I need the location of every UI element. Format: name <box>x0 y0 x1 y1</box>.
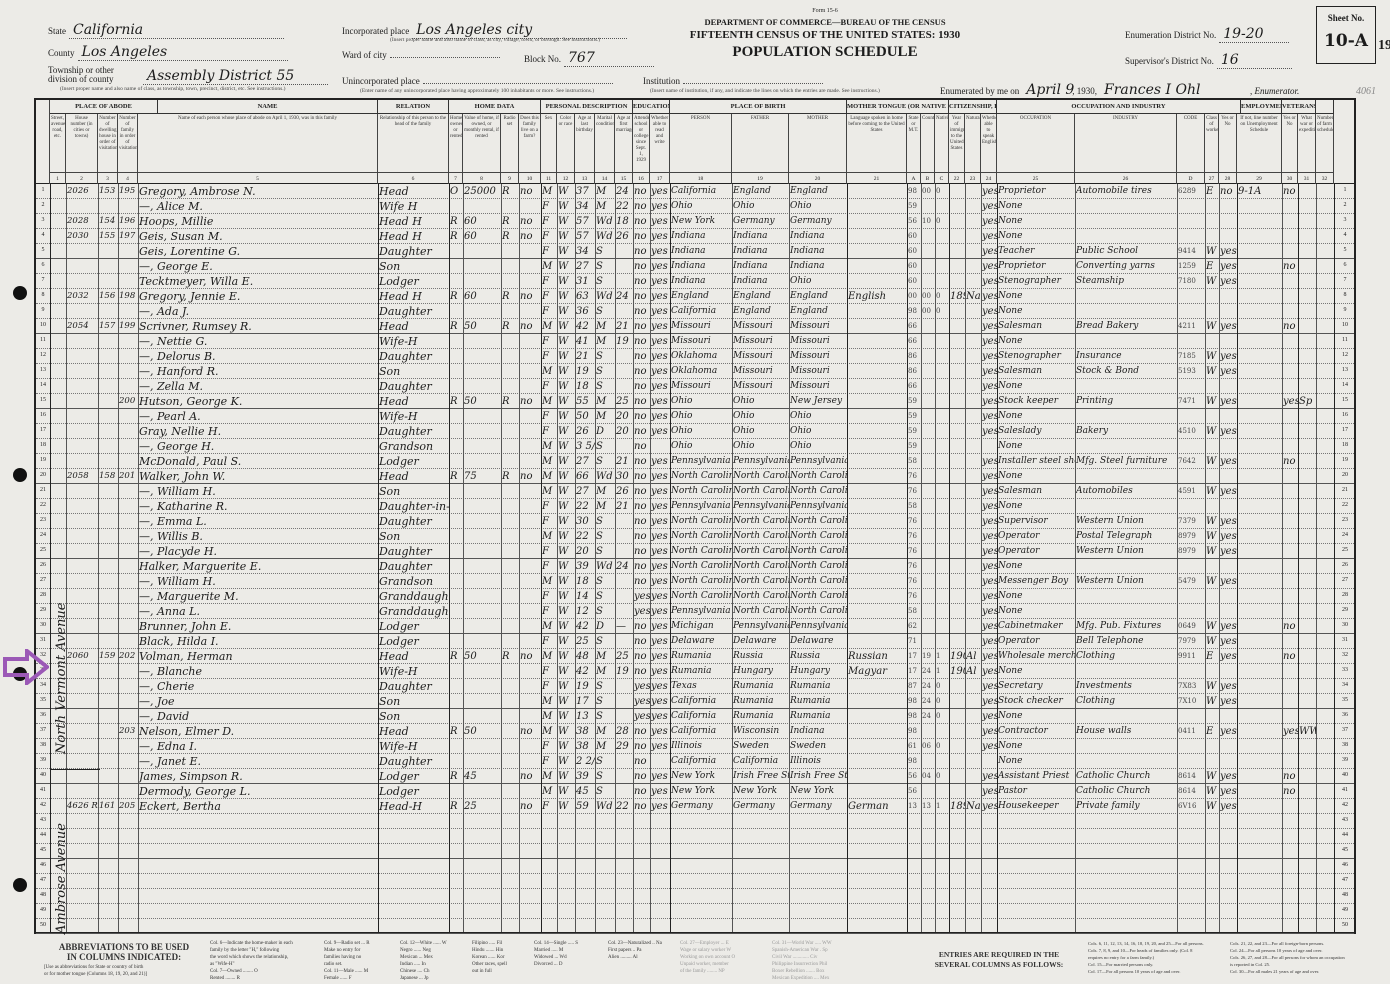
cell-immig <box>949 349 965 364</box>
cell-unemp-line <box>1237 694 1282 709</box>
cell-employed: yes <box>1219 574 1237 589</box>
cell-pob: Indiana <box>670 244 732 259</box>
line-number: 40 <box>36 772 50 778</box>
cell-farm: no <box>519 469 541 484</box>
cell-code-b <box>921 484 935 499</box>
cell-code-a: 60 <box>907 229 921 244</box>
cell-school: no <box>633 244 650 259</box>
cell-name: Geis, Lorentine G. <box>138 244 378 259</box>
column-group-header: CITIZENSHIP, ETC. <box>949 100 997 114</box>
cell-unemp-line <box>1237 319 1282 334</box>
cell-code-c <box>935 754 949 769</box>
cell-pob-mother: England <box>789 184 847 199</box>
cell-age: 59 <box>575 799 595 814</box>
cell-english: yes <box>981 679 997 694</box>
cell-pob: Pennsylvania <box>670 454 732 469</box>
column-number: 9 <box>501 172 519 184</box>
cell-marital: Wd <box>595 214 615 229</box>
cell-relation: Head-H <box>378 799 449 814</box>
cell-vet <box>1282 214 1298 229</box>
cell-nat <box>965 454 981 469</box>
cell-employed <box>1219 559 1237 574</box>
cell-sex: F <box>541 679 557 694</box>
cell-war <box>1298 484 1316 499</box>
cell-vet <box>1282 334 1298 349</box>
cell-pob: Ohio <box>670 394 732 409</box>
cell-code-d: 5479 <box>1177 574 1205 589</box>
incorporated-label: Incorporated place <box>342 26 409 36</box>
cell-name: —, George H. <box>138 439 378 454</box>
cell-age-marr <box>615 634 633 649</box>
cell-employed <box>1219 214 1237 229</box>
cell-value <box>463 454 501 469</box>
ed-value: 19-20 <box>1219 26 1289 43</box>
cell-immig <box>949 394 965 409</box>
cell-english: yes <box>981 364 997 379</box>
cell-code-b <box>921 574 935 589</box>
cell-code-c <box>935 334 949 349</box>
cell-sex: M <box>541 184 557 199</box>
line-number: 5 <box>36 247 50 253</box>
cell-dwelling <box>98 199 118 214</box>
cell-radio <box>501 409 519 424</box>
cell-code-c: 0 <box>935 679 949 694</box>
cell-pob: Ohio <box>670 424 732 439</box>
cell-dwelling <box>98 529 118 544</box>
cell-code-d <box>1177 664 1205 679</box>
line-number: 46 <box>36 862 50 868</box>
cell-family <box>118 664 138 679</box>
cell-nat <box>965 679 981 694</box>
cell-age-marr <box>615 379 633 394</box>
cell-industry: Postal Telegraph <box>1075 529 1177 544</box>
line-number: 17 <box>36 427 50 433</box>
cell-pob: Texas <box>670 679 732 694</box>
column-divider <box>670 184 671 932</box>
cell-value <box>463 604 501 619</box>
cell-dwelling <box>98 484 118 499</box>
column-divider <box>557 184 558 932</box>
cell-pob-father: England <box>732 304 789 319</box>
cell-dwelling: 159 <box>98 649 118 664</box>
cell-pob-father: Ohio <box>732 409 789 424</box>
cell-name: —, Blanche <box>138 664 378 679</box>
cell-class <box>1205 499 1219 514</box>
cell-code-d: 7X10 <box>1177 694 1205 709</box>
street-name: Ambrose Avenue <box>54 823 69 934</box>
cell-immig <box>949 214 965 229</box>
line-number: 14 <box>36 382 50 388</box>
cell-class: W <box>1205 574 1219 589</box>
cell-industry: Automobiles <box>1075 484 1177 499</box>
cell-industry: Mfg. Steel furniture <box>1075 454 1177 469</box>
cell-industry <box>1075 304 1177 319</box>
cell-radio <box>501 544 519 559</box>
cell-read: yes <box>650 229 670 244</box>
cell-war <box>1298 784 1316 799</box>
cell-pob-mother: North Carolina <box>789 544 847 559</box>
cell-race: W <box>557 289 575 304</box>
cell-industry <box>1075 469 1177 484</box>
cell-value <box>463 379 501 394</box>
line-number: 7 <box>36 277 50 283</box>
cell-class <box>1205 754 1219 769</box>
cell-war <box>1298 574 1316 589</box>
cell-tongue <box>847 394 907 409</box>
cell-employed: yes <box>1219 274 1237 289</box>
line-number: 30 <box>1338 622 1352 628</box>
enumeration-date: April 9 <box>1022 82 1072 99</box>
line-number: 2 <box>36 202 50 208</box>
cell-school: no <box>633 274 650 289</box>
column-header: Yes or No <box>1282 114 1298 172</box>
column-divider <box>50 184 51 932</box>
cell-age: 19 <box>575 679 595 694</box>
cell-owned: R <box>449 319 463 334</box>
cell-code-d: 7185 <box>1177 349 1205 364</box>
line-number: 14 <box>1338 382 1352 388</box>
cell-race: W <box>557 514 575 529</box>
line-number: 10 <box>1338 322 1352 328</box>
cell-sex: F <box>541 544 557 559</box>
cell-race: W <box>557 454 575 469</box>
cell-vet: yes <box>1282 724 1298 739</box>
cell-race: W <box>557 604 575 619</box>
cell-value: 50 <box>463 394 501 409</box>
cell-house <box>66 544 98 559</box>
cell-house <box>66 664 98 679</box>
cell-occupation: None <box>997 589 1075 604</box>
cell-code-a: 66 <box>907 334 921 349</box>
cell-pob-father: Missouri <box>732 334 789 349</box>
cell-school: no <box>633 754 650 769</box>
cell-industry <box>1075 199 1177 214</box>
cell-relation: Daughter <box>378 349 449 364</box>
cell-school: no <box>633 334 650 349</box>
cell-school: no <box>633 649 650 664</box>
cell-house <box>66 364 98 379</box>
cell-race: W <box>557 409 575 424</box>
line-number: 12 <box>1338 352 1352 358</box>
cell-pob-father: New York <box>732 784 789 799</box>
cell-tongue <box>847 574 907 589</box>
cell-immig <box>949 499 965 514</box>
cell-name: Black, Hilda I. <box>138 634 378 649</box>
cell-unemp-line <box>1237 769 1282 784</box>
cell-value <box>463 709 501 724</box>
cell-age: 57 <box>575 214 595 229</box>
line-number: 6 <box>1338 262 1352 268</box>
ward-value <box>390 57 500 58</box>
line-number: 9 <box>1338 307 1352 313</box>
cell-name: Halker, Marguerite E. <box>138 559 378 574</box>
cell-code-a: 59 <box>907 394 921 409</box>
cell-age-marr <box>615 574 633 589</box>
cell-war <box>1298 469 1316 484</box>
cell-unemp-line <box>1237 214 1282 229</box>
column-header: MOTHER <box>789 114 847 172</box>
cell-industry: Western Union <box>1075 544 1177 559</box>
cell-owned: R <box>449 214 463 229</box>
cell-tongue <box>847 379 907 394</box>
cell-dwelling <box>98 259 118 274</box>
cell-pob-father: Russia <box>732 649 789 664</box>
county-field: CountyLos Angeles <box>48 44 288 61</box>
cell-pob-father: Sweden <box>732 739 789 754</box>
line-number: 25 <box>1338 547 1352 553</box>
cell-read: yes <box>650 319 670 334</box>
column-header: Name of each person whose place of abode… <box>138 114 378 172</box>
cell-unemp-line <box>1237 784 1282 799</box>
cell-owned <box>449 544 463 559</box>
cell-tongue <box>847 484 907 499</box>
cell-read: yes <box>650 514 670 529</box>
cell-race: W <box>557 784 575 799</box>
cell-read: yes <box>650 289 670 304</box>
cell-name: —, Anna L. <box>138 604 378 619</box>
cell-code-b <box>921 409 935 424</box>
column-header: Class of worker <box>1205 114 1219 172</box>
cell-immig <box>949 184 965 199</box>
table-row: 55Geis, Lorentine G.DaughterFW34SnoyesIn… <box>36 244 1354 259</box>
cell-employed <box>1219 754 1237 769</box>
cell-employed: yes <box>1219 799 1237 814</box>
cell-age-marr: — <box>615 619 633 634</box>
line-number: 24 <box>36 532 50 538</box>
state-field: StateCalifornia <box>48 22 284 39</box>
cell-industry: Converting yarns <box>1075 259 1177 274</box>
cell-race: W <box>557 589 575 604</box>
cell-employed <box>1219 709 1237 724</box>
cell-name: Walker, John W. <box>138 469 378 484</box>
cell-owned <box>449 529 463 544</box>
cell-read: yes <box>650 724 670 739</box>
cell-war <box>1298 694 1316 709</box>
cell-relation: Lodger <box>378 454 449 469</box>
cell-employed <box>1219 499 1237 514</box>
cell-sex: F <box>541 604 557 619</box>
cell-relation: Daughter <box>378 559 449 574</box>
cell-code-a: 60 <box>907 244 921 259</box>
cell-pob-mother: Missouri <box>789 379 847 394</box>
cell-class <box>1205 589 1219 604</box>
column-number: 32 <box>1316 172 1334 184</box>
column-number: 20 <box>789 172 847 184</box>
cell-sex: F <box>541 559 557 574</box>
cell-pob-mother: England <box>789 289 847 304</box>
page-stamp: 4061 <box>1356 86 1376 97</box>
cell-english: yes <box>981 724 997 739</box>
cell-code-c: 1 <box>935 799 949 814</box>
unincorporated-label: Unincorporated place <box>342 76 420 86</box>
cell-nat <box>965 334 981 349</box>
cell-radio <box>501 559 519 574</box>
cell-radio <box>501 679 519 694</box>
cell-age-marr <box>615 349 633 364</box>
cell-radio <box>501 199 519 214</box>
cell-owned: R <box>449 724 463 739</box>
cell-sex: F <box>541 274 557 289</box>
line-number: 45 <box>1338 847 1352 853</box>
cell-code-c: 0 <box>935 289 949 304</box>
line-number: 48 <box>1338 892 1352 898</box>
cell-pob-mother: Ohio <box>789 424 847 439</box>
cell-owned <box>449 304 463 319</box>
cell-dwelling <box>98 454 118 469</box>
cell-dwelling <box>98 424 118 439</box>
cell-english: yes <box>981 559 997 574</box>
cell-age-marr <box>615 784 633 799</box>
cell-school: yes <box>633 694 650 709</box>
cell-radio <box>501 634 519 649</box>
cell-pob-mother: Missouri <box>789 349 847 364</box>
cell-class: W <box>1205 364 1219 379</box>
cell-occupation: None <box>997 304 1075 319</box>
cell-school: no <box>633 484 650 499</box>
cell-name: —, Placyde H. <box>138 544 378 559</box>
cell-marital: M <box>595 334 615 349</box>
cell-code-d: 8614 <box>1177 784 1205 799</box>
line-number: 26 <box>1338 562 1352 568</box>
line-number: 19 <box>1338 457 1352 463</box>
cell-age: 39 <box>575 559 595 574</box>
cell-owned <box>449 424 463 439</box>
population-schedule-table: PLACE OF ABODENAMERELATIONHOME DATAPERSO… <box>34 98 1356 934</box>
table-row: 882032156198Gregory, Jennie E.Head HR60R… <box>36 289 1354 304</box>
line-number: 26 <box>36 562 50 568</box>
line-number: 35 <box>1338 697 1352 703</box>
cell-tongue <box>847 529 907 544</box>
cell-unemp-line <box>1237 229 1282 244</box>
cell-school: no <box>633 739 650 754</box>
cell-marital: D <box>595 424 615 439</box>
cell-value <box>463 664 501 679</box>
cell-tongue <box>847 319 907 334</box>
cell-house: 2060 <box>66 649 98 664</box>
cell-dwelling <box>98 244 118 259</box>
cell-industry: Bell Telephone <box>1075 634 1177 649</box>
cell-age-marr <box>615 274 633 289</box>
cell-employed: yes <box>1219 619 1237 634</box>
line-number: 40 <box>1338 772 1352 778</box>
cell-relation: Daughter <box>378 304 449 319</box>
cell-code-a: 76 <box>907 544 921 559</box>
cell-relation: Daughter <box>378 514 449 529</box>
cell-tongue <box>847 559 907 574</box>
cell-occupation: None <box>997 379 1075 394</box>
cell-industry: Public School <box>1075 244 1177 259</box>
cell-nat <box>965 544 981 559</box>
enumerated-label: Enumerated by me on <box>940 86 1019 96</box>
cell-code-a: 76 <box>907 514 921 529</box>
cell-code-a: 62 <box>907 619 921 634</box>
cell-nat <box>965 199 981 214</box>
cell-english: yes <box>981 529 997 544</box>
cell-immig <box>949 559 965 574</box>
cell-vet <box>1282 364 1298 379</box>
cell-code-c <box>935 424 949 439</box>
cell-occupation: None <box>997 499 1075 514</box>
cell-vet <box>1282 379 1298 394</box>
cell-value <box>463 484 501 499</box>
column-divider <box>595 184 596 932</box>
cell-code-b: 00 <box>921 184 935 199</box>
cell-marital: M <box>595 184 615 199</box>
cell-nat <box>965 499 981 514</box>
cell-war <box>1298 289 1316 304</box>
cell-code-c <box>935 544 949 559</box>
cell-war <box>1298 514 1316 529</box>
cell-age-marr <box>615 244 633 259</box>
cell-pob: Michigan <box>670 619 732 634</box>
cell-sex: F <box>541 289 557 304</box>
cell-name: —, William H. <box>138 574 378 589</box>
cell-immig <box>949 769 965 784</box>
cell-occupation: Salesman <box>997 319 1075 334</box>
cell-nat <box>965 484 981 499</box>
column-divider <box>1075 184 1076 932</box>
cell-code-b: 00 <box>921 289 935 304</box>
cell-industry <box>1075 559 1177 574</box>
cell-immig <box>949 364 965 379</box>
cell-value <box>463 634 501 649</box>
cell-employed <box>1219 439 1237 454</box>
table-row: 4646 <box>36 859 1354 874</box>
cell-dwelling <box>98 334 118 349</box>
column-header: If not, line number on Unemployment Sche… <box>1237 114 1282 172</box>
cell-employed: yes <box>1219 649 1237 664</box>
cell-war <box>1298 709 1316 724</box>
cell-value <box>463 499 501 514</box>
cell-age-marr: 21 <box>615 454 633 469</box>
cell-race: W <box>557 199 575 214</box>
cell-age-marr <box>615 679 633 694</box>
cell-relation: Granddaughter <box>378 589 449 604</box>
cell-nat <box>965 319 981 334</box>
cell-owned <box>449 679 463 694</box>
cell-code-a: 59 <box>907 439 921 454</box>
cell-race: W <box>557 529 575 544</box>
cell-house <box>66 574 98 589</box>
sd-label: Supervisor's District No. <box>1125 56 1214 66</box>
column-number: 28 <box>1219 172 1237 184</box>
cell-marital: S <box>595 574 615 589</box>
cell-dwelling <box>98 364 118 379</box>
cell-family: 205 <box>118 799 138 814</box>
cell-class: E <box>1205 724 1219 739</box>
cell-age: 31 <box>575 274 595 289</box>
cell-class <box>1205 559 1219 574</box>
cell-farm: no <box>519 769 541 784</box>
column-number: 1 <box>50 172 66 184</box>
cell-code-c <box>935 784 949 799</box>
column-header: Radio set <box>501 114 519 172</box>
cell-value <box>463 754 501 769</box>
cell-code-d: 7X83 <box>1177 679 1205 694</box>
cell-immig <box>949 229 965 244</box>
state-label: State <box>48 26 66 36</box>
cell-unemp-line <box>1237 409 1282 424</box>
cell-owned <box>449 364 463 379</box>
cell-tongue <box>847 229 907 244</box>
cell-owned <box>449 559 463 574</box>
cell-farm <box>519 244 541 259</box>
table-row: 22—, Alice M.Wife HFW34M22noyesOhioOhioO… <box>36 199 1354 214</box>
cell-age-marr: 30 <box>615 469 633 484</box>
line-number: 49 <box>36 907 50 913</box>
table-row: 1414—, Zella M.DaughterFW18SnoyesMissour… <box>36 379 1354 394</box>
column-number: 31 <box>1298 172 1316 184</box>
